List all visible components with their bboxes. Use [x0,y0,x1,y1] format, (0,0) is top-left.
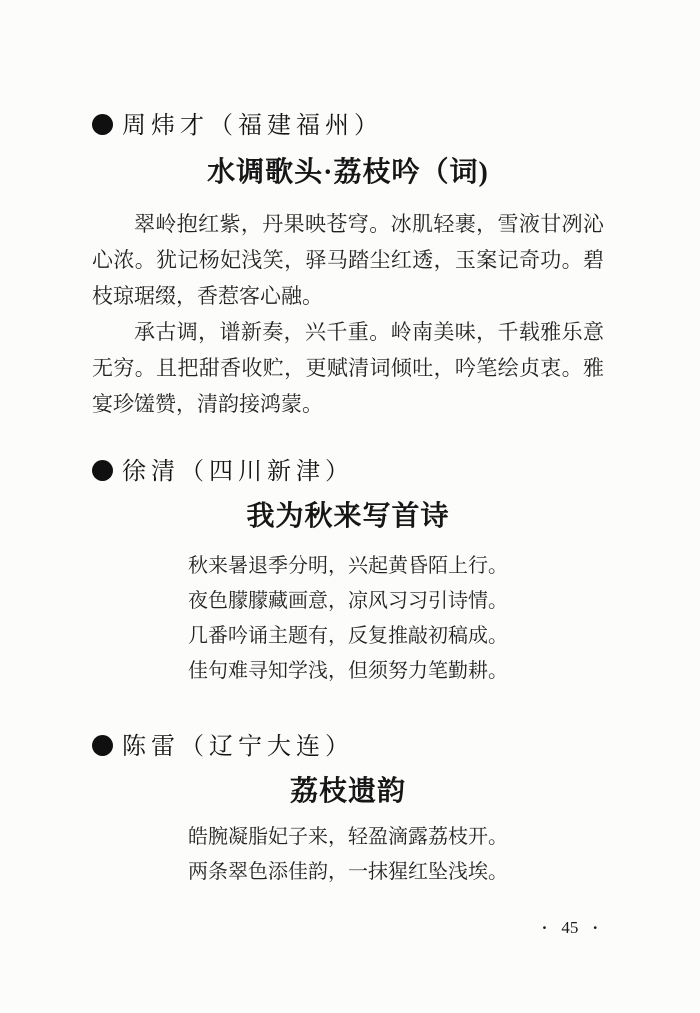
verse-block-1: 秋来暑退季分明，兴起黄昏陌上行。 夜色朦朦藏画意，凉风习习引诗情。 几番吟诵主题… [92,549,604,689]
page-number-left-dot: · [542,918,548,938]
verse-line: 两条翠色添佳韵，一抹猩红坠浅埃。 [92,855,604,890]
author-line-3: 陈雷（辽宁大连） [92,727,604,767]
verse-line: 皓腕凝脂妃子来，轻盈滴露荔枝开。 [92,820,604,855]
author-name: 周炜才 [122,113,209,139]
author-line-1: 周炜才（福建福州） [92,106,604,146]
verse-line: 佳句难寻知学浅，但须努力笔勤耕。 [92,654,604,689]
verse-line: 夜色朦朦藏画意，凉风习习引诗情。 [92,584,604,619]
poem-title-2: 我为秋来写首诗 [92,496,604,538]
page-number: ·45· [92,918,604,938]
author-location: （四川新津） [180,459,354,485]
author-location: （辽宁大连） [180,734,354,760]
bullet-icon [92,735,113,756]
author-location: （福建福州） [209,113,383,139]
verse-line: 秋来暑退季分明，兴起黄昏陌上行。 [92,549,604,584]
author-name: 陈雷 [122,734,180,760]
page-number-value: 45 [561,918,578,938]
author-name: 徐清 [122,459,180,485]
author-line-2: 徐清（四川新津） [92,452,604,492]
bullet-icon [92,114,113,135]
page-number-right-dot: · [592,918,598,938]
text-column: 周炜才（福建福州） 水调歌头·荔枝吟（词) 翠岭抱红紫，丹果映苍穹。冰肌轻裹，雪… [92,0,604,1013]
scanned-book-page: 周炜才（福建福州） 水调歌头·荔枝吟（词) 翠岭抱红紫，丹果映苍穹。冰肌轻裹，雪… [0,0,700,1013]
poem-title-3: 荔枝遗韵 [92,771,604,813]
poem-title-1: 水调歌头·荔枝吟（词) [92,152,604,194]
bullet-icon [92,460,113,481]
poem-paragraph: 翠岭抱红紫，丹果映苍穹。冰肌轻裹，雪液甘冽沁心浓。犹记杨妃浅笑，驿马踏尘红透，玉… [92,206,604,314]
verse-block-2: 皓腕凝脂妃子来，轻盈滴露荔枝开。 两条翠色添佳韵，一抹猩红坠浅埃。 [92,820,604,890]
poem-paragraph: 承古调，谱新奏，兴千重。岭南美味，千载雅乐意无穷。且把甜香收贮，更赋清词倾吐，吟… [92,314,604,422]
verse-line: 几番吟诵主题有，反复推敲初稿成。 [92,619,604,654]
